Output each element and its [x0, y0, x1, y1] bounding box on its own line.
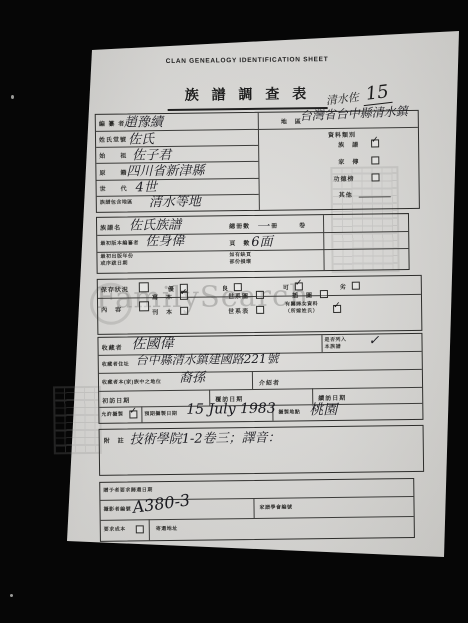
collector-address-value: 台中縣清水鎮建國路221號	[136, 350, 279, 369]
listed-in-genealogy-label: 是否列入	[324, 337, 346, 344]
surname-hall-label: 姓氏堂號	[99, 134, 127, 143]
illustrations-checkbox[interactable]	[320, 290, 328, 298]
first-ancestor-label: 始 祖	[99, 150, 127, 159]
generations-label: 世 代	[100, 183, 128, 192]
genealogy-title-label: 族譜名	[100, 223, 121, 232]
first-edition-compiler-label: 最初版本編纂者	[100, 240, 139, 247]
scrolls-unit: 卷	[299, 220, 306, 229]
contents-label: 內 容	[101, 305, 122, 314]
first-visit-label: 初訪日期	[102, 395, 130, 404]
women-data-label: 有關婦女資料	[285, 301, 318, 308]
pages-label: 頁 數	[229, 238, 250, 247]
pages-value: 6面	[251, 231, 273, 250]
material-option-merit-list: 功德榜	[333, 174, 354, 183]
contents-box[interactable]	[139, 301, 149, 311]
covered-area-value: 清水等地	[149, 191, 201, 211]
listed-in-genealogy-sublabel: 本族譜	[325, 344, 342, 351]
damaged-parts-label: 部份損壞	[230, 259, 252, 266]
origin-label: 原 籍	[99, 167, 127, 176]
filming-place-label: 攝製地點	[278, 409, 300, 416]
women-data-sublabel: （所嫁姓氏）	[285, 308, 318, 315]
preface-date-label: 或序跋日期	[101, 260, 129, 267]
cost-request-label: 要求成本	[104, 527, 126, 534]
form-content: FamilySearch CLAN GENEALOGY IDENTIFICATI…	[0, 0, 468, 623]
filmer-number-label: 攝影者編號	[104, 506, 132, 513]
material-option-genealogy: 族 譜	[338, 140, 359, 149]
listed-checkmark: ✓	[368, 333, 379, 348]
lineage-table-label: 世系表	[228, 306, 249, 315]
bleedthrough-stamp-icon	[53, 386, 102, 455]
filming-place-value: 桃園	[309, 399, 337, 419]
expected-filming-date-value: 15 July 1983	[186, 401, 276, 418]
printed-edition-label: 刊 本	[152, 307, 173, 316]
first-edition-compiler-value: 佐身偉	[145, 230, 184, 249]
illustrations-label: 插 圖	[292, 290, 313, 299]
filming-permission-checkbox[interactable]	[129, 410, 137, 418]
fair-checkbox[interactable]	[295, 282, 303, 290]
condition-fair: 可	[283, 283, 290, 292]
missing-pages-label: 如有缺頁	[229, 252, 251, 259]
family-position-label: 收藏者本(家)族中之地位	[102, 379, 161, 386]
lineage-table-checkbox[interactable]	[256, 306, 264, 314]
preservation-box[interactable]	[139, 282, 149, 292]
mailback-address-label: 寄還地址	[156, 526, 178, 533]
volumes-unit: 冊	[271, 221, 278, 230]
condition-poor: 劣	[340, 282, 347, 291]
lineage-chart-label: 世系圖	[228, 291, 249, 300]
material-type-label: 資料類別	[328, 130, 356, 139]
covered-area-label: 族譜包含地區	[100, 199, 133, 206]
family-position-value: 裔孫	[179, 367, 205, 386]
remarks-value: 技術學院1-2卷三；譯音：	[130, 427, 281, 448]
remarks-label: 附 註	[104, 436, 125, 445]
merit-list-checkbox[interactable]	[371, 173, 379, 181]
lineage-chart-checkbox[interactable]	[256, 291, 264, 299]
collector-label: 收藏者	[102, 343, 123, 352]
cost-request-checkbox[interactable]	[136, 525, 144, 533]
filming-permission-label: 允許攝製	[101, 412, 123, 419]
printed-edition-checkbox[interactable]	[180, 307, 188, 315]
total-volumes-label: 總冊數	[229, 221, 250, 230]
introducer-label: 介紹者	[259, 378, 280, 387]
good-checkbox[interactable]	[234, 283, 242, 291]
sheet-title-english: CLAN GENEALOGY IDENTIFICATION SHEET	[97, 55, 397, 66]
preservation-label: 保存狀況	[101, 284, 129, 293]
genealogy-checkbox[interactable]	[371, 139, 379, 147]
donor-return-date-label: 贈予者要求歸還日期	[103, 487, 153, 494]
material-option-other: 其他	[339, 190, 353, 199]
family-record-checkbox[interactable]	[371, 156, 379, 164]
collector-address-label: 收藏者住址	[102, 361, 130, 368]
region-label: 地 區	[281, 116, 302, 125]
manuscript-label: 寫 本	[152, 292, 173, 301]
poor-checkbox[interactable]	[352, 282, 360, 290]
manuscript-checkbox[interactable]	[180, 292, 188, 300]
expected-filming-date-label: 預期攝製日期	[144, 411, 177, 418]
first-publication-year-label: 最初出版年份	[100, 253, 133, 260]
material-option-family-record: 家 傳	[338, 157, 359, 166]
women-data-checkbox[interactable]	[333, 305, 341, 313]
compiler-label: 編 纂 者	[99, 119, 125, 128]
scanned-document-photo: FamilySearch CLAN GENEALOGY IDENTIFICATI…	[0, 0, 468, 623]
genealogical-society-number-label: 家譜學會編號	[260, 504, 293, 511]
